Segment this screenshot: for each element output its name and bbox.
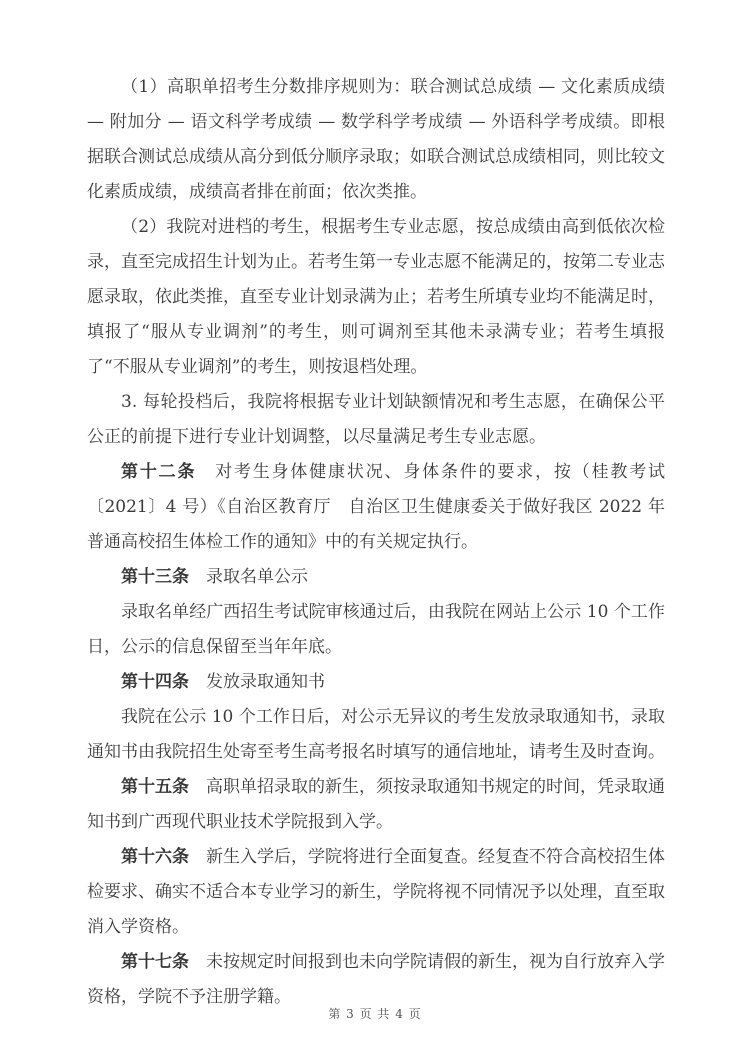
clause-paragraph: 第十四条 发放录取通知书 bbox=[87, 665, 665, 700]
document-body: （1）高职单招考生分数排序规则为：联合测试总成绩 — 文化素质成绩 — 附加分 … bbox=[87, 70, 665, 1015]
page-footer: 第 3 页 共 4 页 bbox=[0, 1005, 750, 1022]
clause-paragraph: 第十三条 录取名单公示 bbox=[87, 560, 665, 595]
paragraph-text: （2）我院对进档的考生，根据考生专业志愿，按总成绩由高到低依次检录，直至完成招生… bbox=[87, 217, 665, 377]
page-number: 第 3 页 共 4 页 bbox=[328, 1007, 421, 1021]
paragraph-text: （1）高职单招考生分数排序规则为：联合测试总成绩 — 文化素质成绩 — 附加分 … bbox=[87, 77, 665, 202]
paragraph-text: 我院在公示 10 个工作日后，对公示无异议的考生发放录取通知书，录取通知书由我院… bbox=[87, 707, 665, 762]
clause-number: 第十六条 bbox=[121, 847, 189, 867]
paragraph: 录取名单经广西招生考试院审核通过后，由我院在网站上公示 10 个工作日，公示的信… bbox=[87, 595, 665, 665]
paragraph-text: 发放录取通知书 bbox=[189, 672, 325, 692]
clause-number: 第十七条 bbox=[121, 952, 189, 972]
paragraph-text: 3. 每轮投档后，我院将根据专业计划缺额情况和考生志愿，在确保公平公正的前提下进… bbox=[87, 392, 665, 447]
paragraph: （1）高职单招考生分数排序规则为：联合测试总成绩 — 文化素质成绩 — 附加分 … bbox=[87, 70, 665, 210]
clause-number: 第十四条 bbox=[121, 672, 189, 692]
document-page: （1）高职单招考生分数排序规则为：联合测试总成绩 — 文化素质成绩 — 附加分 … bbox=[0, 0, 750, 1060]
clause-paragraph: 第十六条 新生入学后，学院将进行全面复查。经复查不符合高校招生体检要求、确实不适… bbox=[87, 840, 665, 945]
clause-number: 第十二条 bbox=[121, 462, 196, 482]
clause-paragraph: 第十二条 对考生身体健康状况、身体条件的要求，按（桂教考试〔2021〕4 号）《… bbox=[87, 455, 665, 560]
clause-number: 第十三条 bbox=[121, 567, 189, 587]
clause-number: 第十五条 bbox=[121, 777, 189, 797]
paragraph-text: 录取名单公示 bbox=[189, 567, 308, 587]
paragraph-text: 录取名单经广西招生考试院审核通过后，由我院在网站上公示 10 个工作日，公示的信… bbox=[87, 602, 665, 657]
paragraph: 3. 每轮投档后，我院将根据专业计划缺额情况和考生志愿，在确保公平公正的前提下进… bbox=[87, 385, 665, 455]
clause-paragraph: 第十五条 高职单招录取的新生，须按录取通知书规定的时间，凭录取通知书到广西现代职… bbox=[87, 770, 665, 840]
paragraph: 我院在公示 10 个工作日后，对公示无异议的考生发放录取通知书，录取通知书由我院… bbox=[87, 700, 665, 770]
paragraph: （2）我院对进档的考生，根据考生专业志愿，按总成绩由高到低依次检录，直至完成招生… bbox=[87, 210, 665, 385]
